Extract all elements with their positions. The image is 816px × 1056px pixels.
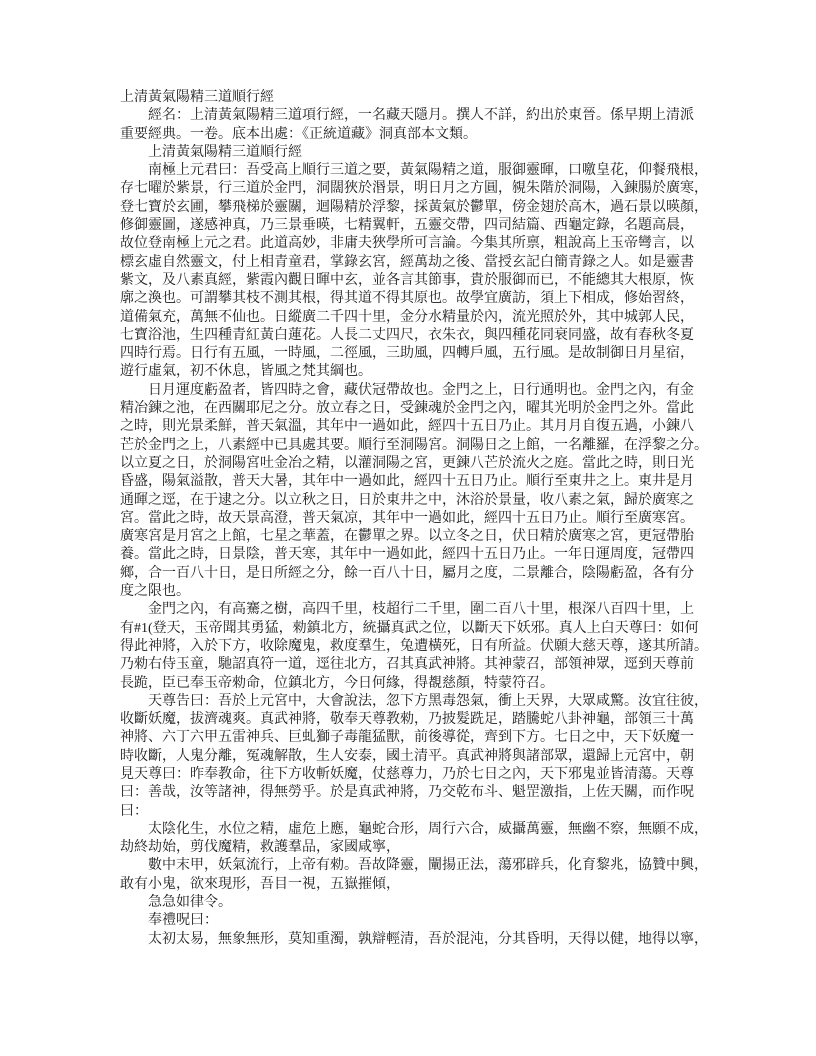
text-line: 重要經典。一卷。底本出處：《正統道藏》洞真部本文類。 xyxy=(120,126,720,144)
text-line: 精冶鍊之池，在西關耶尼之分。放立春之日，受鍊魂於金門之內，曜其光明於金門之外。當… xyxy=(120,400,720,418)
text-line: 有#1(登天，玉帝聞其勇猛，勑鎮北方，統攝真武之位，以斷天下妖邪。真人上白天尊曰… xyxy=(120,620,720,638)
text-line: 敢有小鬼，欲來現形，吾目一視，五嶽摧傾， xyxy=(120,876,720,894)
text-line: 修御靈圖，遂感神真，乃三景垂暎，七精翼軒，五靈交帶，四司結篇、西龜定錄，名題高晨… xyxy=(120,217,720,235)
text-line: 鄉，合一百八十日，是日所經之分，餘一百八十日，屬月之度，二景離合，陰陽虧盈，各有… xyxy=(120,565,720,583)
text-line: 故位登南極上元之君。此道高妙，非庸夫狹學所可言論。今集其所禀，粗說高上玉帝彎言，… xyxy=(120,235,720,253)
text-line: 以立夏之日，於洞陽宮吐金冶之精，以灌洞陽之宮，更鍊八芒於流火之庭。當此之時，則日… xyxy=(120,455,720,473)
text-line: 曰：善哉，汝等諸神，得無勞乎。於是真武神將，乃交乾布斗、魁罡激指，上佐天關，而作… xyxy=(120,784,720,802)
text-line: 見天尊曰：昨奉教命，往下方收斬妖魔，仗慈尊力，乃於七日之內，天下邪鬼並皆清蕩。天… xyxy=(120,766,720,784)
text-line: 度之限也。 xyxy=(120,583,720,601)
text-line: 太陰化生，水位之精，虛危上應，龜蛇合形，周行六合，威攝萬靈，無幽不察，無願不成， xyxy=(120,821,720,839)
text-line: 南極上元君曰：吾受高上順行三道之要，黃氣陽精之道，服御靈暉，口噭皇花，仰餐飛根， xyxy=(120,162,720,180)
text-line: 急急如律令。 xyxy=(120,894,720,912)
text-line: 道備氣充，萬無不仙也。日縱廣二千四十里，金分水精量於內，流光照於外，其中城郭人民… xyxy=(120,309,720,327)
text-line: 經名：上清黃氣陽精三道項行經，一名藏天隱月。撰人不詳，約出於東晉。係早期上清派 xyxy=(120,107,720,125)
text-line: 時收斷，人鬼分離，冤魂解散，生人安泰，國土清平。真武神將與諸部眾，還歸上元宮中，… xyxy=(120,748,720,766)
text-line: 紫文，及八素真經，紫霞內觀日暉中玄，並各言其節事，貴於服御而已，不能總其大根原，… xyxy=(120,272,720,290)
text-line: 廓之渙也。可謂攀其枝不測其根，得其道不得其原也。故學宜廣訪，須上下相成，修始習終… xyxy=(120,290,720,308)
text-line: 曰： xyxy=(120,803,720,821)
text-line: 乃勑右侍玉童，馳詔真符一道，逕往北方，召其真武神將。其神蒙召，部領神眾，逕到天尊… xyxy=(120,656,720,674)
text-line: 存七曜於紫景，行三道於金門，洞闊狹於湣景，明日月之方圓，覙朱階於洞陽，入鍊腸於廣… xyxy=(120,180,720,198)
text-line: 日月運度虧盈者，皆四時之會，藏伏冠帶故也。金門之上，日行通明也。金門之內，有金 xyxy=(120,382,720,400)
text-line: 養。當此之時，日景陰，普天寒，其年中一過如此，經四十五日乃止。一年日運周度，冠帶… xyxy=(120,546,720,564)
text-line: 四時行焉。日行有五風，一時風，二徑風，三助風，四轉戶風，五行風。是故制御日月星宿… xyxy=(120,345,720,363)
text-line: 劫終劫始，剪伐魔精，救護羣品，家國咸寧， xyxy=(120,839,720,857)
document-body: 上清黃氣陽精三道順行經 經名：上清黃氣陽精三道項行經，一名藏天隱月。撰人不詳，約… xyxy=(120,89,720,949)
text-line: 之時，則光景柔鮮，普天氣溫，其年中一過如此，經四十五日乃止。其月月自復五過，小鍊… xyxy=(120,418,720,436)
text-line: 金門之內，有高騫之樹，高四千里，枝超行二千里，圍二百八十里，根深八百四十里，上 xyxy=(120,601,720,619)
text-line: 遊行虛氣，初不休息，皆風之梵其綱也。 xyxy=(120,363,720,381)
text-line: 神將、六丁六甲五雷神兵、巨虬獅子毒龍猛獸，前後導從，齊到下方。七日之中，天下妖魔… xyxy=(120,729,720,747)
text-line: 長跪，臣已奉玉帝勑命，位鎮北方，今日何緣，得覩慈顏，特蒙符召。 xyxy=(120,675,720,693)
text-line: 七寶浴池，生四種青紅黃白蓮花。人長二丈四尺，衣朱衣，與四種花同衰同盛，故有春秋冬… xyxy=(120,327,720,345)
text-line: 通暉之逕，在于逮之分。以立秋之日，日於東井之中，沐浴於景量，收八素之氣，歸於廣寒… xyxy=(120,492,720,510)
text-line: 登七寶於玄圃，攀飛梯於靈關，迴陽精於浮黎，採黃氣於鬱單，傍金翅於高木，過石景以暎… xyxy=(120,199,720,217)
text-line: 宮。當此之時，故天景高澄，普天氣凉，其年中一過如此，經四十五日乃止。順行至廣寒宮… xyxy=(120,510,720,528)
text-line: 收斷妖魔，拔濟魂爽。真武神將，敬奉天尊教勑，乃披髮跣足，踏騰蛇八卦神龜，部領三十… xyxy=(120,711,720,729)
text-line: 奉禮呪曰： xyxy=(120,912,720,930)
text-line: 得此神將，入於下方，收除魔鬼，救度羣生，兔遭橫死，日有所益。伏願大慈天尊，遂其所… xyxy=(120,638,720,656)
text-line: 天尊告曰：吾於上元宮中，大會說法，忽下方黑毒怨氣，衝上天界，大眾咸驚。汝宜往彼， xyxy=(120,693,720,711)
text-line: 標玄虛自然靈文，付上相青童君，掌錄玄宮，經萬劫之後、當授玄記白簡青錄之人。如是靈… xyxy=(120,254,720,272)
text-line: 廣寒宮是月宮之上館，七星之華蓋，在鬱單之界。以立冬之日，伏日精於廣寒之宮，更冠帶… xyxy=(120,528,720,546)
document-title: 上清黃氣陽精三道順行經 xyxy=(120,89,720,107)
text-line: 數中末甲，妖氣流行，上帝有勑。吾故降靈，闡揚正法，蕩邪辟兵，化育黎兆，協贊中興， xyxy=(120,857,720,875)
text-line: 上清黃氣陽精三道順行經 xyxy=(120,144,720,162)
text-line: 太初太易，無象無形，莫知重濁，孰辯輕清，吾於混沌，分其昏明，天得以健，地得以寧， xyxy=(120,931,720,949)
text-line: 芒於金門之上，八素經中已具處其要。順行至洞陽宮。洞陽日之上館，一名離羅，在浮黎之… xyxy=(120,437,720,455)
text-line: 昏盛，陽氣溢散，普天大暑，其年中一過如此，經四十五日乃止。順行至東井之上。東井是… xyxy=(120,473,720,491)
